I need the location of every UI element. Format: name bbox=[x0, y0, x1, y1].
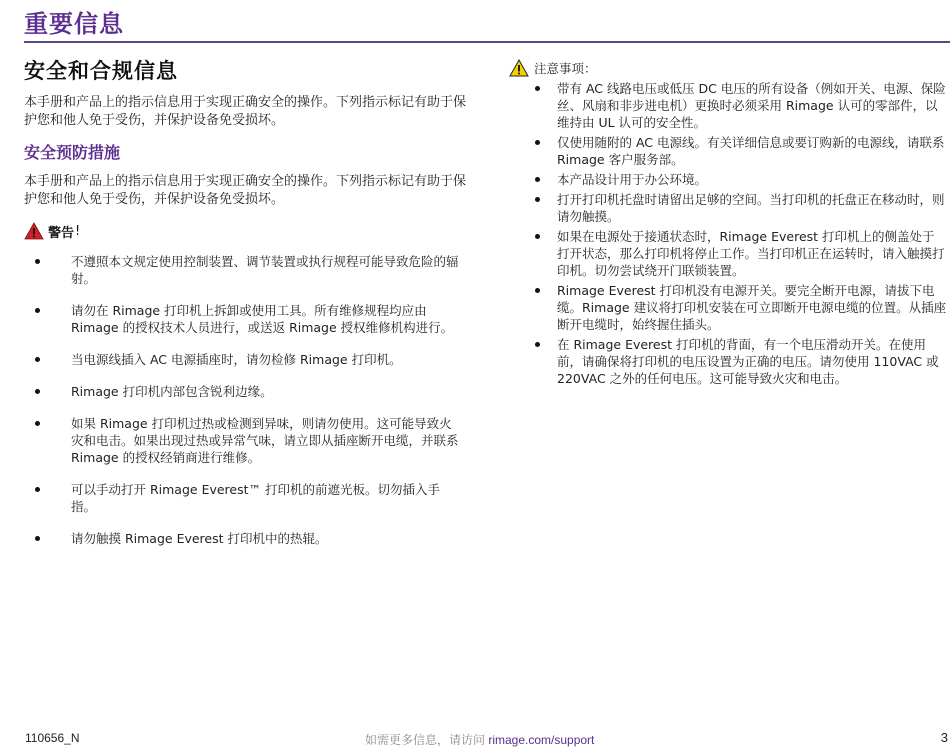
list-item-text: 打开打印机托盘时请留出足够的空间。当打印机的托盘正在移动时，则请勿触摸。 bbox=[557, 192, 945, 224]
document-number: 110656_N bbox=[25, 731, 80, 745]
list-item: 在 Rimage Everest 打印机的背面，有一个电压滑动开关。在使用前，请… bbox=[509, 336, 947, 387]
support-link[interactable]: rimage.com/support bbox=[488, 733, 594, 747]
section-heading: 安全和合规信息 bbox=[24, 56, 474, 86]
bullet-icon bbox=[535, 342, 540, 347]
list-item: 当电源线插入 AC 电源插座时，请勿检修 Rimage 打印机。 bbox=[24, 351, 464, 368]
section-intro: 本手册和产品上的指示信息用于实现正确安全的操作。下列指示标记有助于保护您和他人免… bbox=[24, 94, 469, 130]
bullet-icon bbox=[535, 177, 540, 182]
left-column: 安全和合规信息 本手册和产品上的指示信息用于实现正确安全的操作。下列指示标记有助… bbox=[24, 56, 474, 562]
list-item: 本产品设计用于办公环境。 bbox=[509, 171, 947, 188]
list-item: 仅使用随附的 AC 电源线。有关详细信息或要订购新的电源线，请联系 Rimage… bbox=[509, 134, 947, 168]
bullet-icon bbox=[535, 140, 540, 145]
list-item: 带有 AC 线路电压或低压 DC 电压的所有设备（例如开关、电源、保险丝、风扇和… bbox=[509, 80, 947, 131]
list-item-text: 请勿触摸 Rimage Everest 打印机中的热辊。 bbox=[71, 531, 328, 546]
caution-header: 注意事项： bbox=[509, 58, 950, 78]
list-item-text: 当电源线插入 AC 电源插座时，请勿检修 Rimage 打印机。 bbox=[71, 352, 402, 367]
warning-triangle-red-icon bbox=[24, 222, 44, 240]
list-item: 如果 Rimage 打印机过热或检测到异味，则请勿使用。这可能导致火灾和电击。如… bbox=[24, 415, 464, 466]
list-item-text: Rimage 打印机内部包含锐利边缘。 bbox=[71, 384, 273, 399]
page-number: 3 bbox=[941, 730, 948, 745]
list-item: Rimage Everest 打印机没有电源开关。要完全断开电源，请拔下电缆。R… bbox=[509, 282, 947, 333]
caution-label: 注意事项： bbox=[534, 59, 597, 77]
right-column: 注意事项： 带有 AC 线路电压或低压 DC 电压的所有设备（例如开关、电源、保… bbox=[509, 58, 950, 390]
list-item: 请勿在 Rimage 打印机上拆卸或使用工具。所有维修规程均应由 Rimage … bbox=[24, 302, 464, 336]
list-item-text: Rimage Everest 打印机没有电源开关。要完全断开电源，请拔下电缆。R… bbox=[557, 283, 946, 332]
footer-support-info: 如需更多信息，请访问 rimage.com/support bbox=[365, 731, 594, 747]
bullet-icon bbox=[35, 536, 40, 541]
caution-triangle-yellow-icon bbox=[509, 59, 529, 77]
list-item-text: 可以手动打开 Rimage Everest™ 打印机的前遮光板。切勿插入手指。 bbox=[71, 482, 440, 514]
list-item: 如果在电源处于接通状态时，Rimage Everest 打印机上的侧盖处于打开状… bbox=[509, 228, 947, 279]
warning-suffix: ! bbox=[75, 224, 80, 239]
list-item: 打开打印机托盘时请留出足够的空间。当打印机的托盘正在移动时，则请勿触摸。 bbox=[509, 191, 947, 225]
warning-list: 不遵照本文规定使用控制装置、调节装置或执行规程可能导致危险的辐射。 请勿在 Ri… bbox=[24, 253, 474, 547]
list-item: 请勿触摸 Rimage Everest 打印机中的热辊。 bbox=[24, 530, 464, 547]
bullet-icon bbox=[535, 86, 540, 91]
list-item: Rimage 打印机内部包含锐利边缘。 bbox=[24, 383, 464, 400]
subsection-intro: 本手册和产品上的指示信息用于实现正确安全的操作。下列指示标记有助于保护您和他人免… bbox=[24, 173, 469, 209]
bullet-icon bbox=[35, 389, 40, 394]
list-item-text: 带有 AC 线路电压或低压 DC 电压的所有设备（例如开关、电源、保险丝、风扇和… bbox=[557, 81, 946, 130]
bullet-icon bbox=[35, 357, 40, 362]
list-item: 可以手动打开 Rimage Everest™ 打印机的前遮光板。切勿插入手指。 bbox=[24, 481, 464, 515]
bullet-icon bbox=[535, 288, 540, 293]
bullet-icon bbox=[35, 259, 40, 264]
footer-info-text: 如需更多信息，请访问 bbox=[365, 733, 488, 747]
list-item-text: 在 Rimage Everest 打印机的背面，有一个电压滑动开关。在使用前，请… bbox=[557, 337, 939, 386]
list-item-text: 不遵照本文规定使用控制装置、调节装置或执行规程可能导致危险的辐射。 bbox=[71, 254, 459, 286]
title-divider bbox=[24, 41, 950, 43]
list-item-text: 请勿在 Rimage 打印机上拆卸或使用工具。所有维修规程均应由 Rimage … bbox=[71, 303, 453, 335]
bullet-icon bbox=[35, 487, 40, 492]
subsection-heading: 安全预防措施 bbox=[24, 141, 474, 165]
warning-header: 警告 ! bbox=[24, 221, 474, 241]
list-item-text: 如果 Rimage 打印机过热或检测到异味，则请勿使用。这可能导致火灾和电击。如… bbox=[71, 416, 459, 465]
list-item-text: 本产品设计用于办公环境。 bbox=[557, 172, 707, 187]
warning-label: 警告 bbox=[48, 222, 74, 241]
caution-list: 带有 AC 线路电压或低压 DC 电压的所有设备（例如开关、电源、保险丝、风扇和… bbox=[509, 80, 950, 387]
list-item-text: 如果在电源处于接通状态时，Rimage Everest 打印机上的侧盖处于打开状… bbox=[557, 229, 945, 278]
bullet-icon bbox=[535, 197, 540, 202]
page-title: 重要信息 bbox=[24, 8, 124, 40]
bullet-icon bbox=[535, 234, 540, 239]
bullet-icon bbox=[35, 421, 40, 426]
bullet-icon bbox=[35, 308, 40, 313]
list-item: 不遵照本文规定使用控制装置、调节装置或执行规程可能导致危险的辐射。 bbox=[24, 253, 464, 287]
list-item-text: 仅使用随附的 AC 电源线。有关详细信息或要订购新的电源线，请联系 Rimage… bbox=[557, 135, 945, 167]
document-page: 重要信息 安全和合规信息 本手册和产品上的指示信息用于实现正确安全的操作。下列指… bbox=[0, 0, 950, 747]
